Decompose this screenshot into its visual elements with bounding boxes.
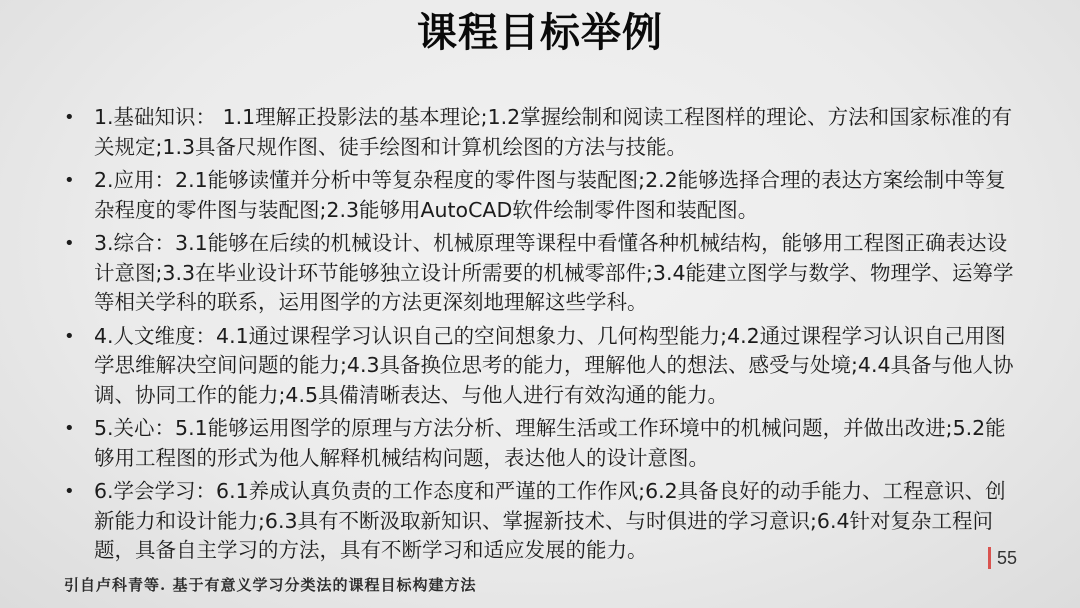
slide-title: 课程目标举例	[0, 6, 1080, 60]
bullet-icon: •	[64, 414, 75, 444]
bullet-icon: •	[64, 477, 75, 507]
bullet-icon: •	[64, 229, 75, 259]
list-item-text: 4.人文维度：4.1通过课程学习认识自己的空间想象力、几何构型能力;4.2通过课…	[94, 324, 1014, 407]
citation-footnote: 引自卢科青等. 基于有意义学习分类法的课程目标构建方法	[64, 574, 476, 595]
page-marker-bar	[988, 547, 991, 569]
list-item-caring: • 5.关心：5.1能够运用图学的原理与方法分析、理解生活或工作环境中的机械问题…	[62, 414, 1022, 473]
bullet-icon: •	[64, 322, 75, 352]
list-item-learning-how-to-learn: • 6.学会学习：6.1养成认真负责的工作态度和严谨的工作作风;6.2具备良好的…	[62, 477, 1022, 566]
page-number-text: 55	[997, 548, 1017, 569]
list-item-text: 3.综合：3.1能够在后续的机械设计、机械原理等课程中看懂各种机械结构，能够用工…	[94, 231, 1014, 314]
page-number: 55	[988, 546, 1017, 570]
list-item-application: • 2.应用：2.1能够读懂并分析中等复杂程度的零件图与装配图;2.2能够选择合…	[62, 166, 1022, 225]
bullet-icon: •	[64, 166, 75, 196]
bullet-icon: •	[64, 103, 75, 133]
objectives-list: • 1.基础知识： 1.1理解正投影法的基本理论;1.2掌握绘制和阅读工程图样的…	[62, 103, 1022, 570]
list-item-text: 6.学会学习：6.1养成认真负责的工作态度和严谨的工作作风;6.2具备良好的动手…	[94, 479, 1006, 562]
list-item-integration: • 3.综合：3.1能够在后续的机械设计、机械原理等课程中看懂各种机械结构，能够…	[62, 229, 1022, 318]
list-item-basic-knowledge: • 1.基础知识： 1.1理解正投影法的基本理论;1.2掌握绘制和阅读工程图样的…	[62, 103, 1022, 162]
list-item-text: 2.应用：2.1能够读懂并分析中等复杂程度的零件图与装配图;2.2能够选择合理的…	[94, 168, 1006, 222]
list-item-human-dimension: • 4.人文维度：4.1通过课程学习认识自己的空间想象力、几何构型能力;4.2通…	[62, 322, 1022, 411]
list-item-text: 5.关心：5.1能够运用图学的原理与方法分析、理解生活或工作环境中的机械问题，并…	[94, 416, 1006, 470]
list-item-text: 1.基础知识： 1.1理解正投影法的基本理论;1.2掌握绘制和阅读工程图样的理论…	[94, 105, 1012, 159]
slide: 课程目标举例 • 1.基础知识： 1.1理解正投影法的基本理论;1.2掌握绘制和…	[0, 0, 1080, 608]
